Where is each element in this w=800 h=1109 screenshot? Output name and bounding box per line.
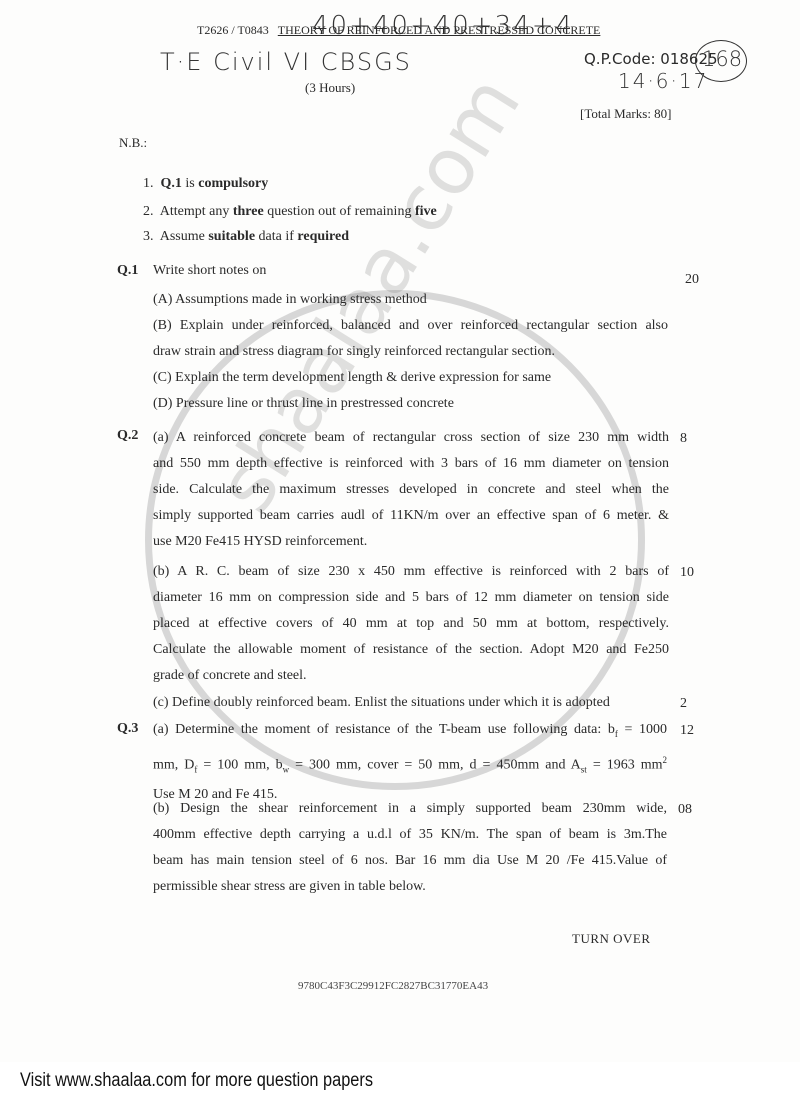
q2-part-c: (c) Define doubly reinforced beam. Enlis… <box>153 690 610 716</box>
handwritten-date: 14·6·17 <box>618 69 708 93</box>
q2-label: Q.2 <box>117 423 138 449</box>
q3-part-b: (b) Design the shear reinforcement in a … <box>153 796 667 900</box>
subject-title: THEORY OF REINFORCED AND PRESTRESSED CON… <box>278 23 601 37</box>
q3-label: Q.3 <box>117 716 138 742</box>
total-marks: [Total Marks: 80] <box>580 106 672 122</box>
q1-parts: (A) Assumptions made in working stress m… <box>153 287 668 417</box>
q2-part-b: (b) A R. C. beam of size 230 x 450 mm ef… <box>153 559 669 689</box>
q1-part-d: (D) Pressure line or thrust line in pres… <box>153 391 668 417</box>
instruction-item: 1. Q.1 is compulsory <box>143 171 268 197</box>
q3b-marks: 08 <box>678 802 692 818</box>
course-codes: T2626 / T0843 <box>197 23 269 37</box>
q1-label: Q.1 <box>117 258 138 284</box>
q3-part-a: (a) Determine the moment of resistance o… <box>153 717 667 808</box>
q1-part-b-cont: draw strain and stress diagram for singl… <box>153 339 668 365</box>
turn-over: TURN OVER <box>572 931 651 947</box>
handwritten-page-number: 168 <box>702 47 742 71</box>
q1-marks: 20 <box>685 272 699 288</box>
q1-part-a: (A) Assumptions made in working stress m… <box>153 287 668 313</box>
duration: (3 Hours) <box>305 80 355 96</box>
nb-label: N.B.: <box>119 135 147 151</box>
q1-part-c: (C) Explain the term development length … <box>153 365 668 391</box>
instruction-item: 3. Assume suitable data if required <box>143 224 349 250</box>
q3a-marks: 12 <box>680 723 694 739</box>
instruction-item: 2. Attempt any three question out of rem… <box>143 199 437 225</box>
q2a-marks: 8 <box>680 431 687 447</box>
q2b-marks: 10 <box>680 565 694 581</box>
document-hash: 9780C43F3C29912FC2827BC31770EA43 <box>298 980 488 992</box>
footer-link[interactable]: Visit www.shaalaa.com for more question … <box>20 1070 373 1092</box>
q1-part-b: (B) Explain under reinforced, balanced a… <box>153 313 668 339</box>
q2c-marks: 2 <box>680 696 687 712</box>
handwritten-class: T·E Civil VI CBSGS <box>160 48 412 76</box>
question-paper-page: shaalaa.com 40+40+40+34+4 T2626 / T0843 … <box>0 0 800 1109</box>
q2-part-a: (a) A reinforced concrete beam of rectan… <box>153 425 669 555</box>
header-line: T2626 / T0843 THEORY OF REINFORCED AND P… <box>197 23 600 38</box>
q1-intro: Write short notes on <box>153 258 266 284</box>
